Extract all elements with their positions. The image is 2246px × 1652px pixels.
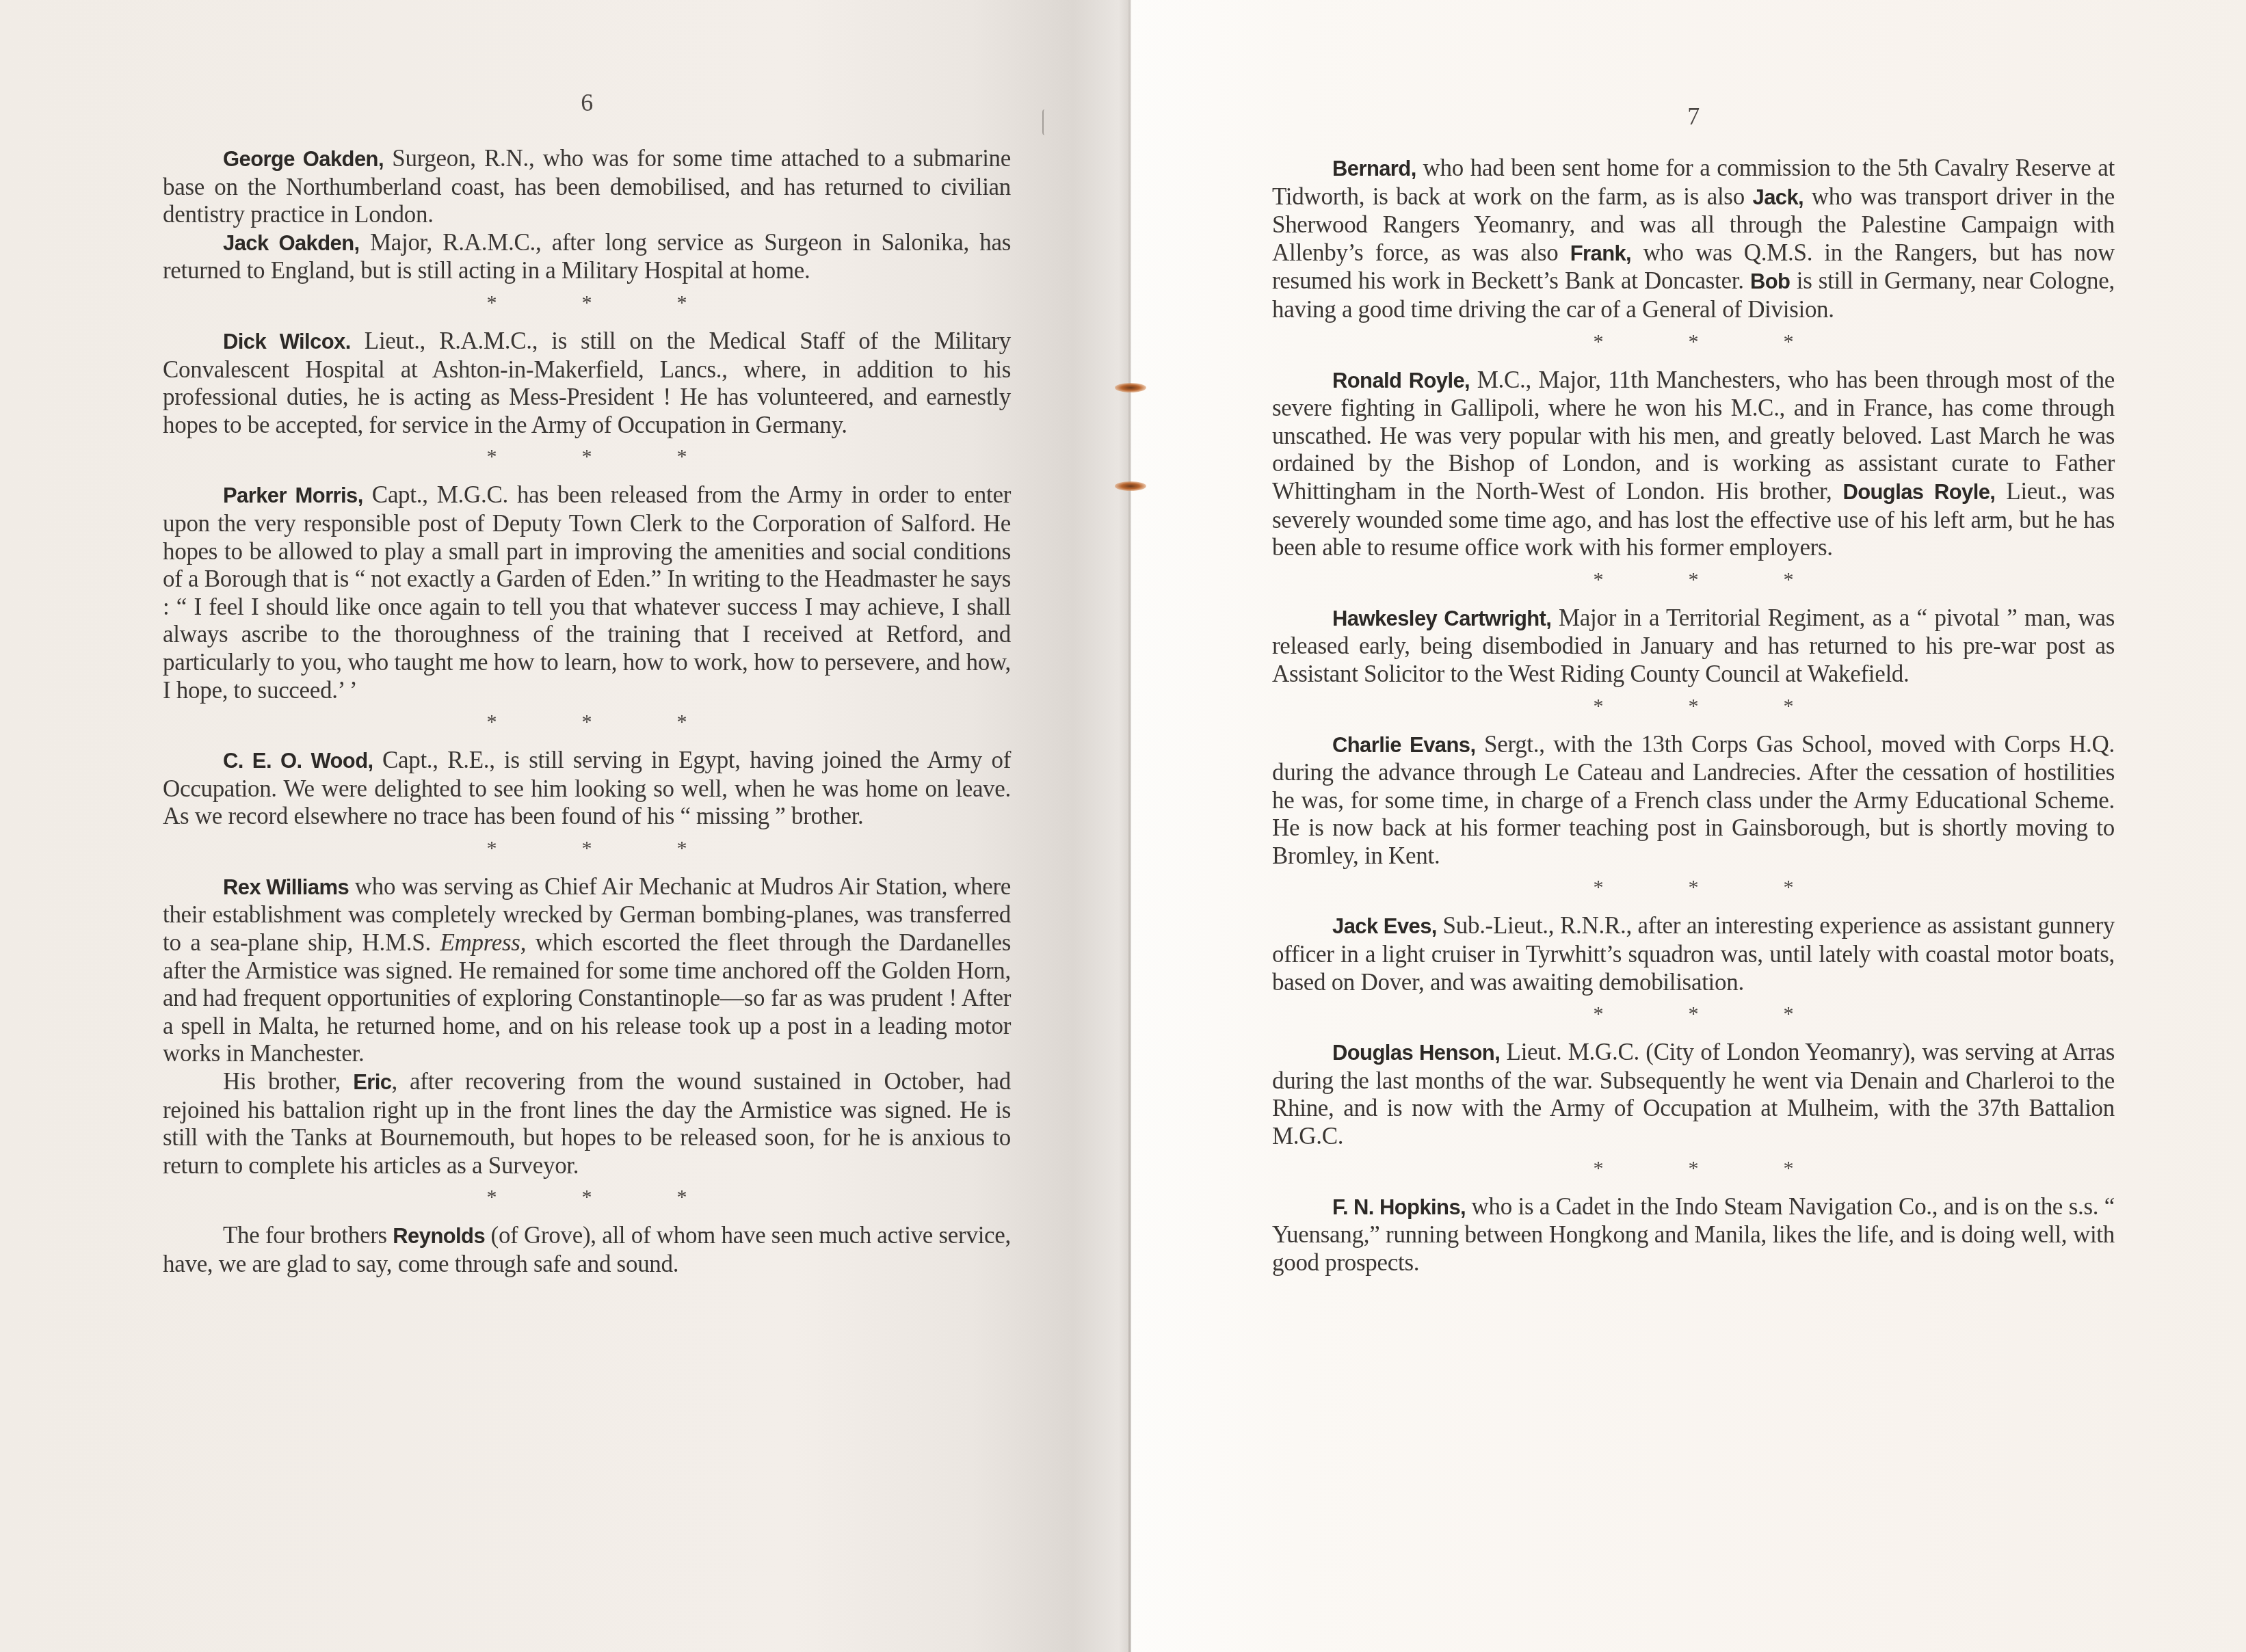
person-name: Rex Williams xyxy=(223,875,349,899)
person-name: Parker Morris, xyxy=(223,483,363,507)
entry-dick-wilcox: Dick Wilcox. Lieut., R.A.M.C., is still … xyxy=(163,328,1011,439)
entry-prefix: The four brothers xyxy=(223,1222,393,1249)
entry-charlie-evans: Charlie Evans, Sergt., with the 13th Cor… xyxy=(1272,731,2115,870)
person-name: C. E. O. Wood, xyxy=(223,749,373,773)
section-separator: *** xyxy=(1272,325,2115,356)
entry-douglas-henson: Douglas Henson, Lieut. M.G.C. (City of L… xyxy=(1272,1039,2115,1150)
entry-reynolds-brothers: The four brothers Reynolds (of Grove), a… xyxy=(163,1222,1011,1278)
entry-reynolds-family: Bernard, who had been sent home for a co… xyxy=(1272,155,2115,324)
page-number: 6 xyxy=(163,82,1011,145)
right-page-column: 7 Bernard, who had been sent home for a … xyxy=(1272,96,2115,1277)
entry-george-oakden: George Oakden, Surgeon, R.N., who was fo… xyxy=(163,145,1011,229)
left-page-column: 6 George Oakden, Surgeon, R.N., who was … xyxy=(163,82,1011,1279)
booklet-spread: 6 George Oakden, Surgeon, R.N., who was … xyxy=(0,0,2246,1652)
person-name: Reynolds xyxy=(393,1224,485,1248)
section-separator: *** xyxy=(1272,690,2115,720)
section-separator: *** xyxy=(1272,563,2115,594)
entry-rex-williams: Rex Williams who was serving as Chief Ai… xyxy=(163,873,1011,1068)
ship-name: Empress xyxy=(440,929,520,956)
section-separator: *** xyxy=(163,287,1011,317)
section-separator: *** xyxy=(163,706,1011,736)
right-page: 7 Bernard, who had been sent home for a … xyxy=(1130,0,2246,1652)
entry-hawkesley-cartwright: Hawkesley Cartwright, Major in a Territo… xyxy=(1272,604,2115,689)
person-name: Eric xyxy=(353,1070,391,1094)
section-separator: *** xyxy=(1272,998,2115,1028)
pencil-mark xyxy=(1042,109,1048,135)
person-name: Douglas Royle, xyxy=(1842,480,1995,504)
page-number: 7 xyxy=(1272,96,2115,155)
staple-rust-mark xyxy=(1115,481,1146,491)
person-name: Frank, xyxy=(1570,241,1631,265)
entry-fn-hopkins: F. N. Hopkins, who is a Cadet in the Ind… xyxy=(1272,1193,2115,1277)
person-name: Bob xyxy=(1750,269,1790,293)
staple-rust-mark xyxy=(1115,383,1146,392)
person-name: Ronald Royle, xyxy=(1332,369,1470,392)
entry-text: Capt., M.G.C. has been released from the… xyxy=(163,481,1011,703)
entry-parker-morris: Parker Morris, Capt., M.G.C. has been re… xyxy=(163,481,1011,704)
person-name: Jack, xyxy=(1753,185,1804,209)
entry-ceo-wood: C. E. O. Wood, Capt., R.E., is still ser… xyxy=(163,747,1011,831)
section-separator: *** xyxy=(1272,1152,2115,1182)
entry-ronald-royle: Ronald Royle, M.C., Major, 11th Manchest… xyxy=(1272,367,2115,562)
entry-prefix: His brother, xyxy=(223,1068,353,1095)
person-name: Charlie Evans, xyxy=(1332,733,1475,757)
entry-jack-eves: Jack Eves, Sub.-Lieut., R.N.R., after an… xyxy=(1272,912,2115,996)
section-separator: *** xyxy=(163,1181,1011,1211)
person-name: Jack Eves, xyxy=(1332,914,1437,938)
person-name: F. N. Hopkins, xyxy=(1332,1195,1466,1219)
person-name: Jack Oakden, xyxy=(223,231,360,255)
section-separator: *** xyxy=(1272,871,2115,901)
left-page: 6 George Oakden, Surgeon, R.N., who was … xyxy=(0,0,1130,1652)
booklet-spine xyxy=(1128,0,1131,1652)
section-separator: *** xyxy=(163,440,1011,470)
person-name: Douglas Henson, xyxy=(1332,1041,1500,1065)
entry-eric-williams: His brother, Eric, after recovering from… xyxy=(163,1068,1011,1180)
person-name: Bernard, xyxy=(1332,157,1416,181)
entry-jack-oakden: Jack Oakden, Major, R.A.M.C., after long… xyxy=(163,229,1011,285)
person-name: Hawkesley Cartwright, xyxy=(1332,607,1551,630)
person-name: Dick Wilcox. xyxy=(223,330,351,354)
person-name: George Oakden, xyxy=(223,147,384,171)
section-separator: *** xyxy=(163,832,1011,862)
